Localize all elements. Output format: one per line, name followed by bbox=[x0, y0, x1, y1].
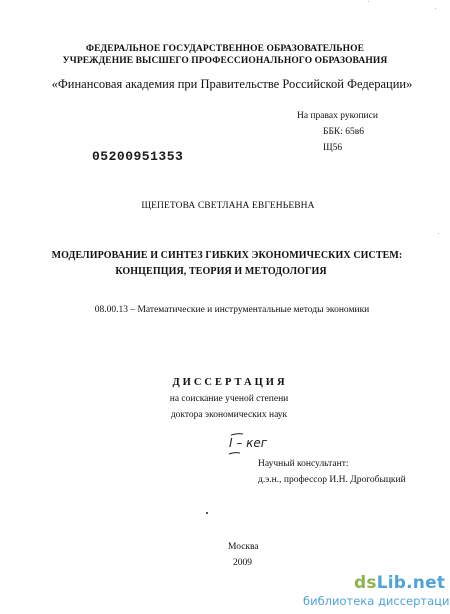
advisor-label: Научный консультант: bbox=[258, 459, 349, 469]
degree-line-2: доктора экономических наук bbox=[4, 410, 450, 420]
place: Москва bbox=[228, 542, 259, 552]
organization-line-1: ФЕДЕРАЛЬНОЕ ГОСУДАРСТВЕННОЕ ОБРАЗОВАТЕЛЬ… bbox=[0, 44, 450, 54]
author-name: ЩЕПЕТОВА СВЕТЛАНА ЕВГЕНЬЕВНА bbox=[3, 201, 450, 211]
title-line-2: КОНЦЕПЦИЯ, ТЕОРИЯ И МЕТОДОЛОГИЯ bbox=[0, 266, 446, 277]
watermark-brand-lib: Lib bbox=[377, 573, 406, 593]
academy-name: «Финансовая академия при Правительстве Р… bbox=[7, 77, 450, 92]
specialty: 08.00.13 – Математические и инструментал… bbox=[7, 305, 450, 315]
handwriting-strokes bbox=[228, 432, 248, 457]
year: 2009 bbox=[233, 558, 252, 568]
advisor-name: д.э.н., профессор И.Н. Дрогобыцкий bbox=[258, 475, 406, 485]
serial-number: 05200951353 bbox=[92, 149, 183, 164]
scan-speck bbox=[206, 512, 208, 514]
watermark-brand-ds: ds bbox=[354, 573, 377, 593]
scan-speck bbox=[368, 1, 369, 2]
document-page: ФЕДЕРАЛЬНОЕ ГОСУДАРСТВЕННОЕ ОБРАЗОВАТЕЛЬ… bbox=[0, 0, 450, 614]
dslib-watermark-logo[interactable]: dsLib.net bbox=[354, 573, 445, 593]
scan-speck bbox=[438, 233, 439, 234]
rights-label: На правах рукописи bbox=[297, 111, 378, 121]
watermark-brand-net: .net bbox=[406, 573, 445, 593]
watermark-subtitle: библиотека диссертаций bbox=[303, 594, 450, 608]
scan-speck bbox=[435, 8, 436, 9]
organization-line-2: УЧРЕЖДЕНИЕ ВЫСШЕГО ПРОФЕССИОНАЛЬНОГО ОБР… bbox=[0, 56, 450, 66]
author-code: Щ56 bbox=[323, 143, 342, 153]
bbk-code: ББК: 65в6 bbox=[323, 127, 364, 137]
degree-line-1: на соискание ученой степени bbox=[4, 394, 450, 404]
title-line-1: МОДЕЛИРОВАНИЕ И СИНТЕЗ ГИБКИХ ЭКОНОМИЧЕС… bbox=[2, 250, 450, 261]
dissertation-heading: ДИССЕРТАЦИЯ bbox=[5, 377, 450, 388]
